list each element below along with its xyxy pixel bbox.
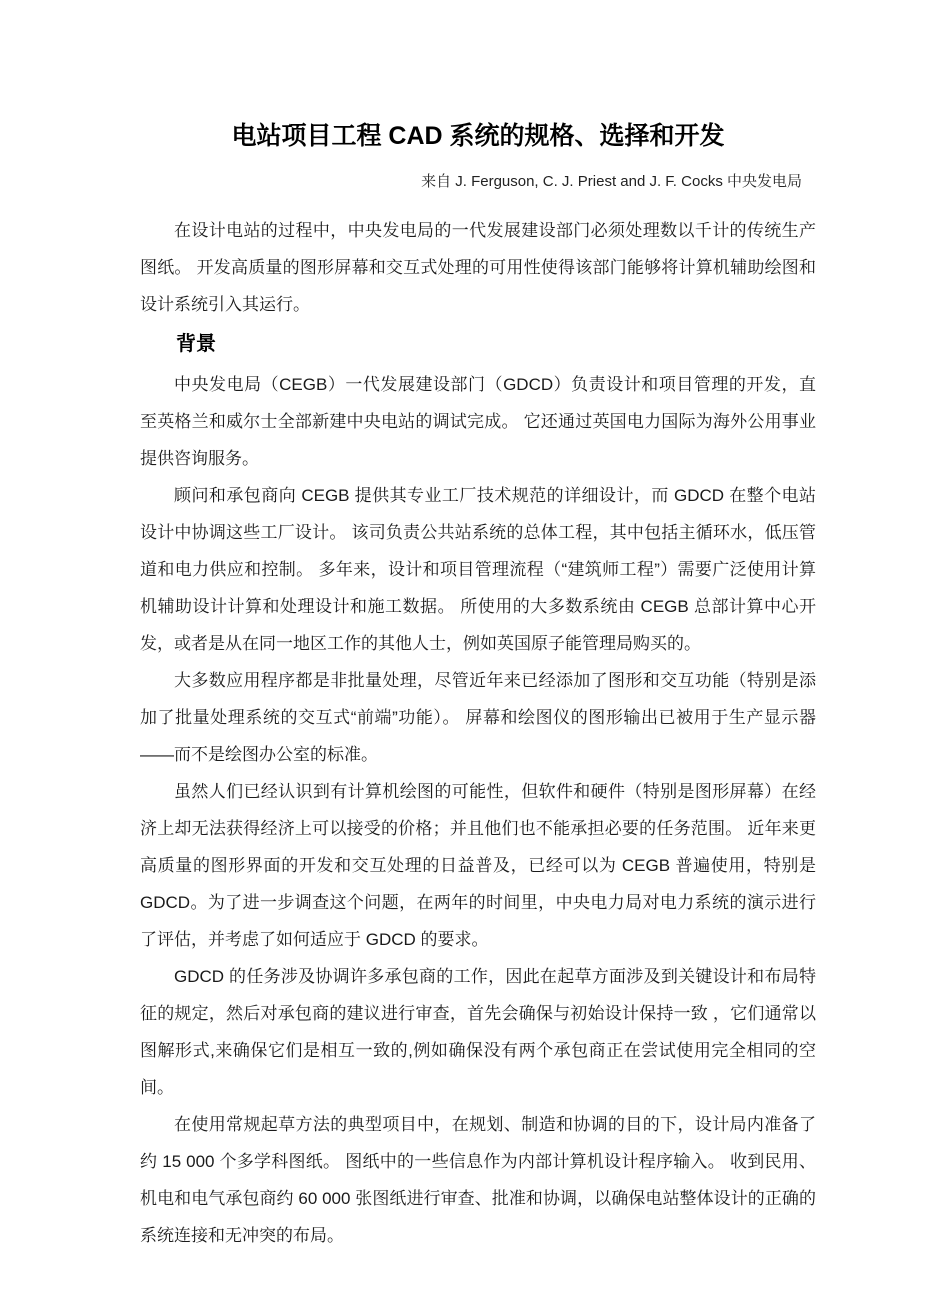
body-paragraph: 在使用常规起草方法的典型项目中，在规划、制造和协调的目的下，设计局内准备了约 1…: [140, 1106, 816, 1254]
page-content: 电站项目工程 CAD 系统的规格、选择和开发 来自 J. Ferguson, C…: [140, 118, 816, 1254]
document-page: 电站项目工程 CAD 系统的规格、选择和开发 来自 J. Ferguson, C…: [0, 0, 926, 1309]
body-paragraph: 中央发电局（CEGB）一代发展建设部门（GDCD）负责设计和项目管理的开发，直至…: [140, 366, 816, 477]
document-title: 电站项目工程 CAD 系统的规格、选择和开发: [140, 118, 816, 154]
body-paragraph: 大多数应用程序都是非批量处理，尽管近年来已经添加了图形和交互功能（特别是添加了批…: [140, 662, 816, 773]
section-heading-background: 背景: [176, 329, 816, 359]
body-paragraph: 虽然人们已经认识到有计算机绘图的可能性，但软件和硬件（特别是图形屏幕）在经济上却…: [140, 773, 816, 958]
body-paragraph: 顾问和承包商向 CEGB 提供其专业工厂技术规范的详细设计，而 GDCD 在整个…: [140, 477, 816, 662]
body-paragraph: GDCD 的任务涉及协调许多承包商的工作，因此在起草方面涉及到关键设计和布局特征…: [140, 958, 816, 1106]
lead-paragraph: 在设计电站的过程中，中央发电局的一代发展建设部门必须处理数以千计的传统生产图纸。…: [140, 212, 816, 323]
byline: 来自 J. Ferguson, C. J. Priest and J. F. C…: [140, 170, 802, 193]
